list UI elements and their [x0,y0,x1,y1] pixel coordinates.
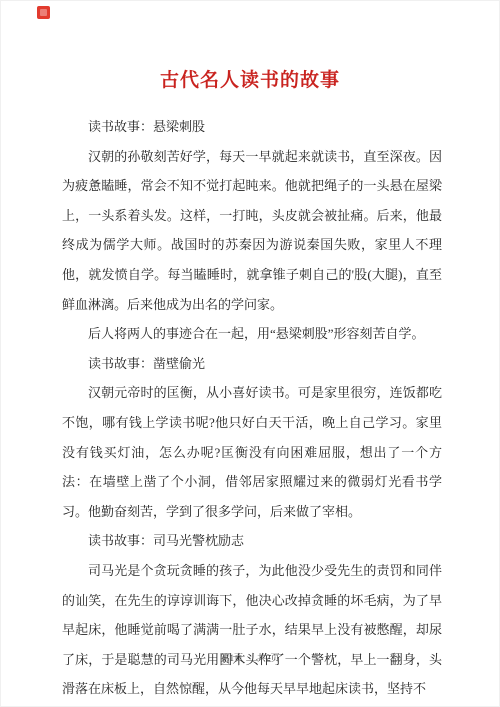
page-title: 古代名人读书的故事 [1,65,499,92]
current-page-label: 第1页 [220,653,243,663]
total-pages-label: 共2页 [257,653,280,663]
story-paragraph: 汉朝元帝时的匡衡，从小喜好读书。可是家里很穷，连饭都吃不饱，哪有钱上学读书呢?他… [62,378,442,526]
story-heading: 读书故事：司马光警枕励志 [62,526,442,556]
story-paragraph: 后人将两人的事迹合在一起，用“悬梁刺股”形容刻苦自学。 [62,319,442,349]
red-corner-badge-icon [37,6,50,19]
document-page: 古代名人读书的故事 读书故事：悬梁刺股 汉朝的孙敬刻苦好学，每天一早就起来就读书… [0,0,500,707]
story-paragraph: 司马光是个贪玩贪睡的孩子，为此他没少受先生的责罚和同伴的讪笑，在先生的谆谆训诲下… [62,556,442,704]
story-paragraph: 汉朝的孙敬刻苦好学，每天一早就起来就读书，直至深夜。因为疲惫瞌睡，常会不知不觉打… [62,142,442,320]
document-body: 读书故事：悬梁刺股 汉朝的孙敬刻苦好学，每天一早就起来就读书，直至深夜。因为疲惫… [62,112,442,704]
page-number-footer: 第1页共2页 [1,651,499,664]
story-heading: 读书故事：凿壁偷光 [62,349,442,379]
story-heading: 读书故事：悬梁刺股 [62,112,442,142]
